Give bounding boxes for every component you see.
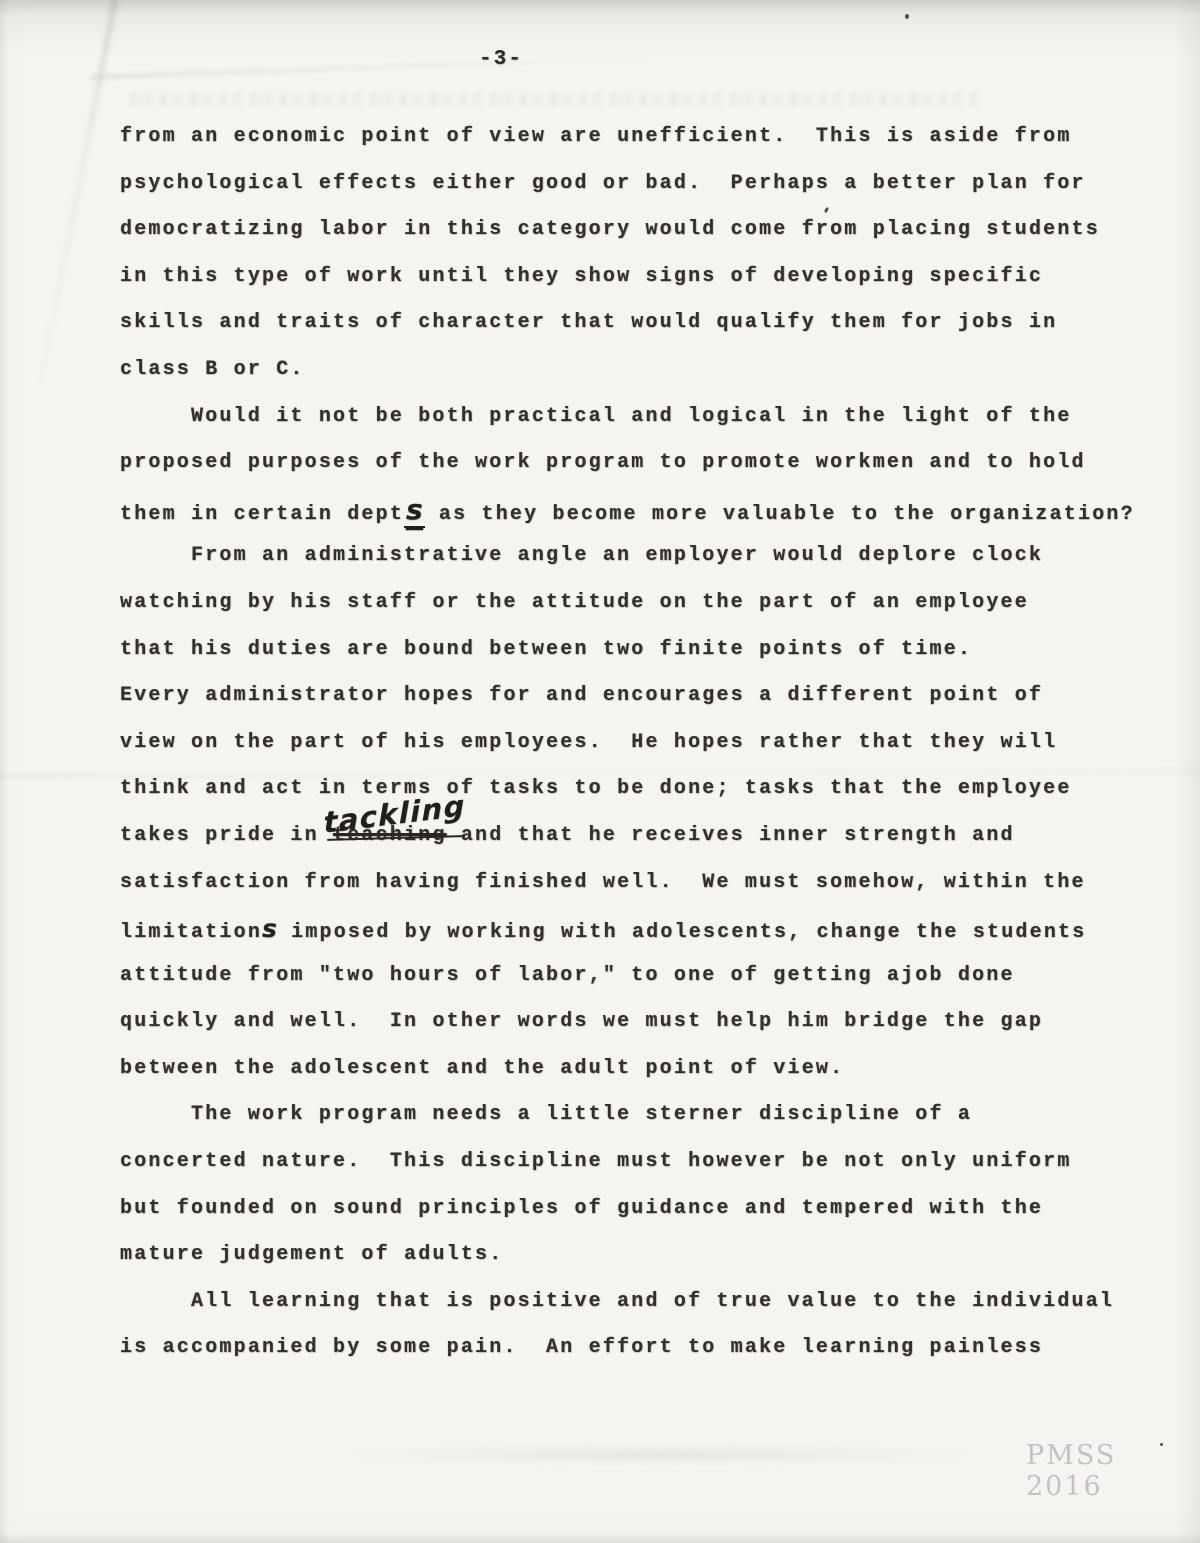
handwritten-correction: s [404, 493, 425, 528]
handwritten-insertion: s [262, 914, 277, 943]
ink-bleed-through [130, 92, 980, 107]
text-line: psychological effects either good or bad… [120, 161, 1180, 208]
text-line: concerted nature. This discipline must h… [120, 1139, 1180, 1186]
typed-text: takes pride in [120, 824, 333, 847]
text-line: quickly and well. In other words we must… [120, 999, 1180, 1046]
typed-text: psychological effects either good or bad… [120, 172, 1086, 195]
text-line: The work program needs a little sterner … [120, 1092, 1180, 1139]
text-line: Would it not be both practical and logic… [120, 394, 1180, 441]
text-line: in this type of work until they show sig… [120, 254, 1180, 301]
typed-text: The work program needs a little sterner … [191, 1103, 972, 1126]
text-line: satisfaction from having finished well. … [120, 860, 1180, 907]
text-line: between the adolescent and the adult poi… [120, 1046, 1180, 1093]
text-line: them in certain depts as they become mor… [120, 487, 1180, 534]
typed-text: concerted nature. This discipline must h… [120, 1150, 1072, 1173]
typed-text: and that he receives inner strength and [447, 824, 1015, 847]
text-line: is accompanied by some pain. An effort t… [120, 1325, 1180, 1372]
text-line: democratizing labor in this category wou… [120, 207, 1180, 254]
text-line: view on the part of his employees. He ho… [120, 720, 1180, 767]
typed-text: imposed by working with adolescents, cha… [277, 921, 1087, 944]
typed-text: in this type of work until they show sig… [120, 265, 1043, 288]
typed-text: watching by his staff or the attitude on… [120, 591, 1029, 614]
paper-crease-bottom [280, 1448, 1040, 1462]
typed-text: but founded on sound principles of guida… [120, 1197, 1043, 1220]
typed-text: From an administrative angle an employer… [191, 544, 1043, 567]
text-line: mature judgement of adults. [120, 1232, 1180, 1279]
text-line: class B or C. [120, 347, 1180, 394]
typed-text: that his duties are bound between two fi… [120, 638, 972, 661]
typed-text: mature judgement of adults. [120, 1243, 503, 1266]
typed-text: Every administrator hopes for and encour… [120, 684, 1043, 707]
text-line: watching by his staff or the attitude on… [120, 580, 1180, 627]
paper-crease-top [90, 56, 650, 79]
document-body: from an economic point of view are uneff… [120, 114, 1180, 1372]
text-line: attitude from "two hours of labor," to o… [120, 953, 1180, 1000]
typed-text: attitude from "two hours of labor," to o… [120, 964, 1015, 987]
watermark: PMSS 2016 [1026, 1440, 1200, 1502]
typed-text: democratizing labor in this category wou… [120, 218, 1100, 241]
typed-text: Would it not be both practical and logic… [191, 405, 1072, 428]
text-line: think and act in terms of tasks to be do… [120, 766, 1180, 813]
text-line: Every administrator hopes for and encour… [120, 673, 1180, 720]
strikethrough-word: teachingtackling [333, 824, 447, 847]
typed-text: think and act in terms of tasks to be do… [120, 777, 1072, 800]
text-line: All learning that is positive and of tru… [120, 1279, 1180, 1326]
text-line: that his duties are bound between two fi… [120, 627, 1180, 674]
paper-crease-top-left [38, 0, 122, 387]
scanned-document-page: -3- from an economic point of view are u… [0, 0, 1200, 1543]
typed-text: proposed purposes of the work program to… [120, 451, 1086, 474]
typed-text: quickly and well. In other words we must… [120, 1010, 1043, 1033]
typed-text: limitation [120, 921, 262, 944]
typed-text: satisfaction from having finished well. … [120, 871, 1086, 894]
typed-text: from an economic point of view are uneff… [120, 125, 1072, 148]
typed-text: is accompanied by some pain. An effort t… [120, 1336, 1043, 1359]
text-line: skills and traits of character that woul… [120, 300, 1180, 347]
paper-speck [905, 14, 909, 19]
text-line: proposed purposes of the work program to… [120, 440, 1180, 487]
text-line: from an economic point of view are uneff… [120, 114, 1180, 161]
typed-text: class B or C. [120, 358, 305, 381]
typed-text: view on the part of his employees. He ho… [120, 731, 1057, 754]
text-line: takes pride in teachingtackling and that… [120, 813, 1180, 860]
typed-text: between the adolescent and the adult poi… [120, 1057, 844, 1080]
typed-text: as they become more valuable to the orga… [425, 503, 1135, 526]
text-line: but founded on sound principles of guida… [120, 1186, 1180, 1233]
typed-text: skills and traits of character that woul… [120, 311, 1057, 334]
text-line: limitations imposed by working with adol… [120, 906, 1180, 953]
page-number: -3- [479, 48, 523, 71]
text-line: From an administrative angle an employer… [120, 533, 1180, 580]
typed-text: them in certain dept [120, 503, 404, 526]
typed-text: All learning that is positive and of tru… [191, 1290, 1114, 1313]
